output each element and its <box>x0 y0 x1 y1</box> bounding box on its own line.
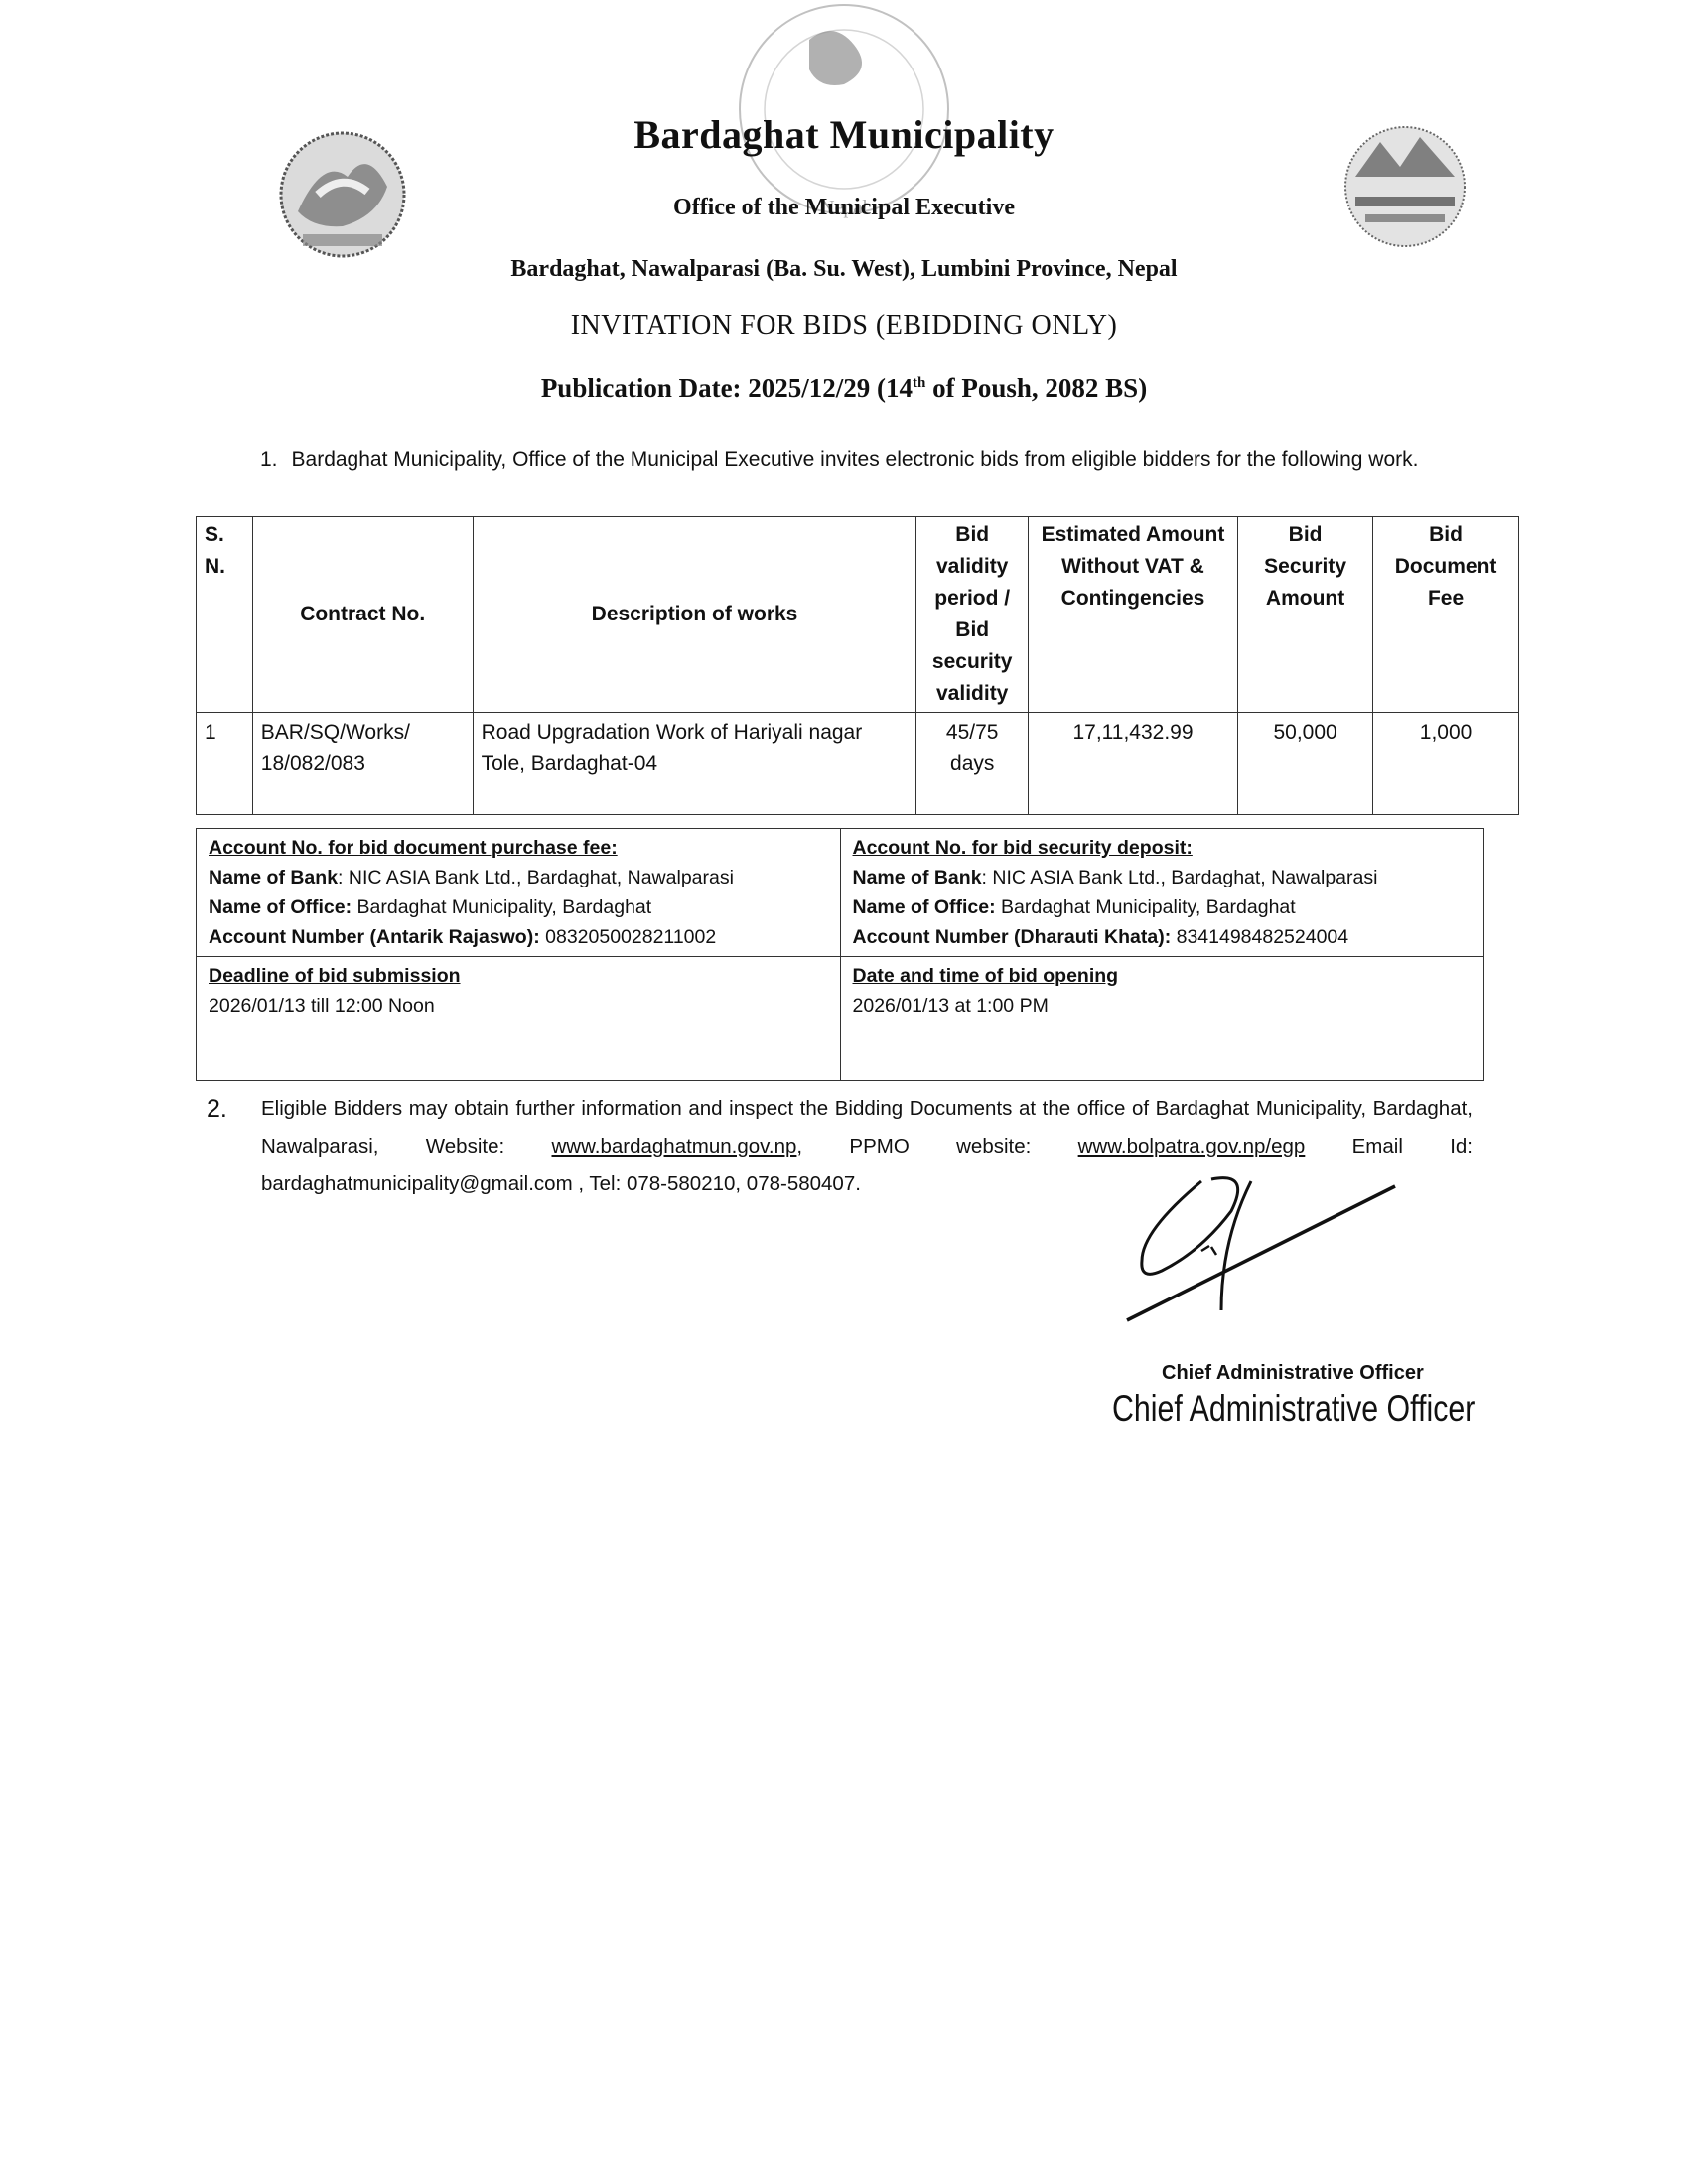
opening-heading: Date and time of bid opening <box>853 961 1473 991</box>
works-table: S. N. Contract No. Description of works … <box>196 516 1519 815</box>
doc-fee-office: Name of Office: Bardaghat Municipality, … <box>209 892 828 922</box>
notice-title: INVITATION FOR BIDS (EBIDDING ONLY) <box>0 310 1688 341</box>
header-description: Description of works <box>473 517 916 713</box>
deadline-cell: Deadline of bid submission 2026/01/13 ti… <box>197 957 841 1081</box>
works-table-header: S. N. Contract No. Description of works … <box>197 517 1519 713</box>
security-account-label: Account Number (Dharauti Khata): <box>853 926 1172 948</box>
info-text-b: , PPMO website: <box>796 1135 1077 1158</box>
cell-bid-security: 50,000 <box>1238 713 1373 815</box>
security-bank-label: Name of Bank <box>853 867 982 888</box>
security-bank: Name of Bank: NIC ASIA Bank Ltd., Bardag… <box>853 863 1473 892</box>
deadline-value: 2026/01/13 till 12:00 Noon <box>209 991 828 1021</box>
publication-date-label: Publication Date: 2025/12/29 (14 <box>541 373 913 403</box>
publication-date-rest: of Poush, 2082 BS) <box>925 373 1147 403</box>
doc-fee-office-label: Name of Office: <box>209 896 352 918</box>
cell-validity: 45/75 days <box>916 713 1029 815</box>
header-sn: S. N. <box>197 517 253 713</box>
doc-fee-bank-label: Name of Bank <box>209 867 338 888</box>
municipality-name: Bardaghat Municipality <box>0 111 1688 158</box>
security-bank-value: : NIC ASIA Bank Ltd., Bardaghat, Nawalpa… <box>982 867 1378 888</box>
header-validity: Bid validity period / Bid security valid… <box>916 517 1029 713</box>
accounts-table: Account No. for bid document purchase fe… <box>196 828 1484 1081</box>
doc-fee-account-label: Account Number (Antarik Rajaswo): <box>209 926 540 948</box>
info-number: 2. <box>207 1090 227 1128</box>
accounts-row: Account No. for bid document purchase fe… <box>197 829 1484 957</box>
doc-fee-account-value: 0832050028211002 <box>540 926 717 948</box>
cell-description: Road Upgradation Work of Hariyali nagar … <box>473 713 916 815</box>
opening-cell: Date and time of bid opening 2026/01/13 … <box>840 957 1484 1081</box>
officer-stamp: Chief Administrative Officer <box>1112 1388 1475 1430</box>
cell-document-fee: 1,000 <box>1373 713 1519 815</box>
cell-estimated-amount: 17,11,432.99 <box>1028 713 1237 815</box>
security-account: Account No. for bid security deposit: Na… <box>840 829 1484 957</box>
deadline-heading: Deadline of bid submission <box>209 961 828 991</box>
cell-sn: 1 <box>197 713 253 815</box>
doc-fee-office-value: Bardaghat Municipality, Bardaghat <box>352 896 651 918</box>
doc-fee-account: Account No. for bid document purchase fe… <box>197 829 841 957</box>
intro-text: Bardaghat Municipality, Office of the Mu… <box>292 448 1419 471</box>
security-office: Name of Office: Bardaghat Municipality, … <box>853 892 1473 922</box>
security-account-value: 8341498482524004 <box>1171 926 1348 948</box>
cell-contract-no: BAR/SQ/Works/ 18/082/083 <box>252 713 473 815</box>
doc-fee-heading: Account No. for bid document purchase fe… <box>209 833 828 863</box>
office-name: Office of the Municipal Executive <box>0 195 1688 221</box>
header-bid-security: Bid Security Amount <box>1238 517 1373 713</box>
security-office-value: Bardaghat Municipality, Bardaghat <box>996 896 1296 918</box>
publication-date-sup: th <box>913 375 925 391</box>
header-estimated-amount: Estimated Amount Without VAT & Contingen… <box>1028 517 1237 713</box>
signature-icon <box>1102 1152 1420 1360</box>
security-heading: Account No. for bid security deposit: <box>853 833 1473 863</box>
intro-paragraph: 1.Bardaghat Municipality, Office of the … <box>209 441 1489 478</box>
doc-fee-bank-value: : NIC ASIA Bank Ltd., Bardaghat, Nawalpa… <box>338 867 734 888</box>
intro-number: 1. <box>260 448 278 471</box>
dates-row: Deadline of bid submission 2026/01/13 ti… <box>197 957 1484 1081</box>
doc-fee-account-number: Account Number (Antarik Rajaswo): 083205… <box>209 922 828 952</box>
website-link[interactable]: www.bardaghatmun.gov.np <box>552 1135 797 1158</box>
header-contract-no: Contract No. <box>252 517 473 713</box>
opening-value: 2026/01/13 at 1:00 PM <box>853 991 1473 1021</box>
doc-fee-bank: Name of Bank: NIC ASIA Bank Ltd., Bardag… <box>209 863 828 892</box>
security-office-label: Name of Office: <box>853 896 996 918</box>
publication-date: Publication Date: 2025/12/29 (14th of Po… <box>0 373 1688 404</box>
office-address: Bardaghat, Nawalparasi (Ba. Su. West), L… <box>0 256 1688 283</box>
security-account-number: Account Number (Dharauti Khata): 8341498… <box>853 922 1473 952</box>
table-row: 1 BAR/SQ/Works/ 18/082/083 Road Upgradat… <box>197 713 1519 815</box>
header-document-fee: Bid Document Fee <box>1373 517 1519 713</box>
officer-title: Chief Administrative Officer <box>1162 1362 1424 1385</box>
